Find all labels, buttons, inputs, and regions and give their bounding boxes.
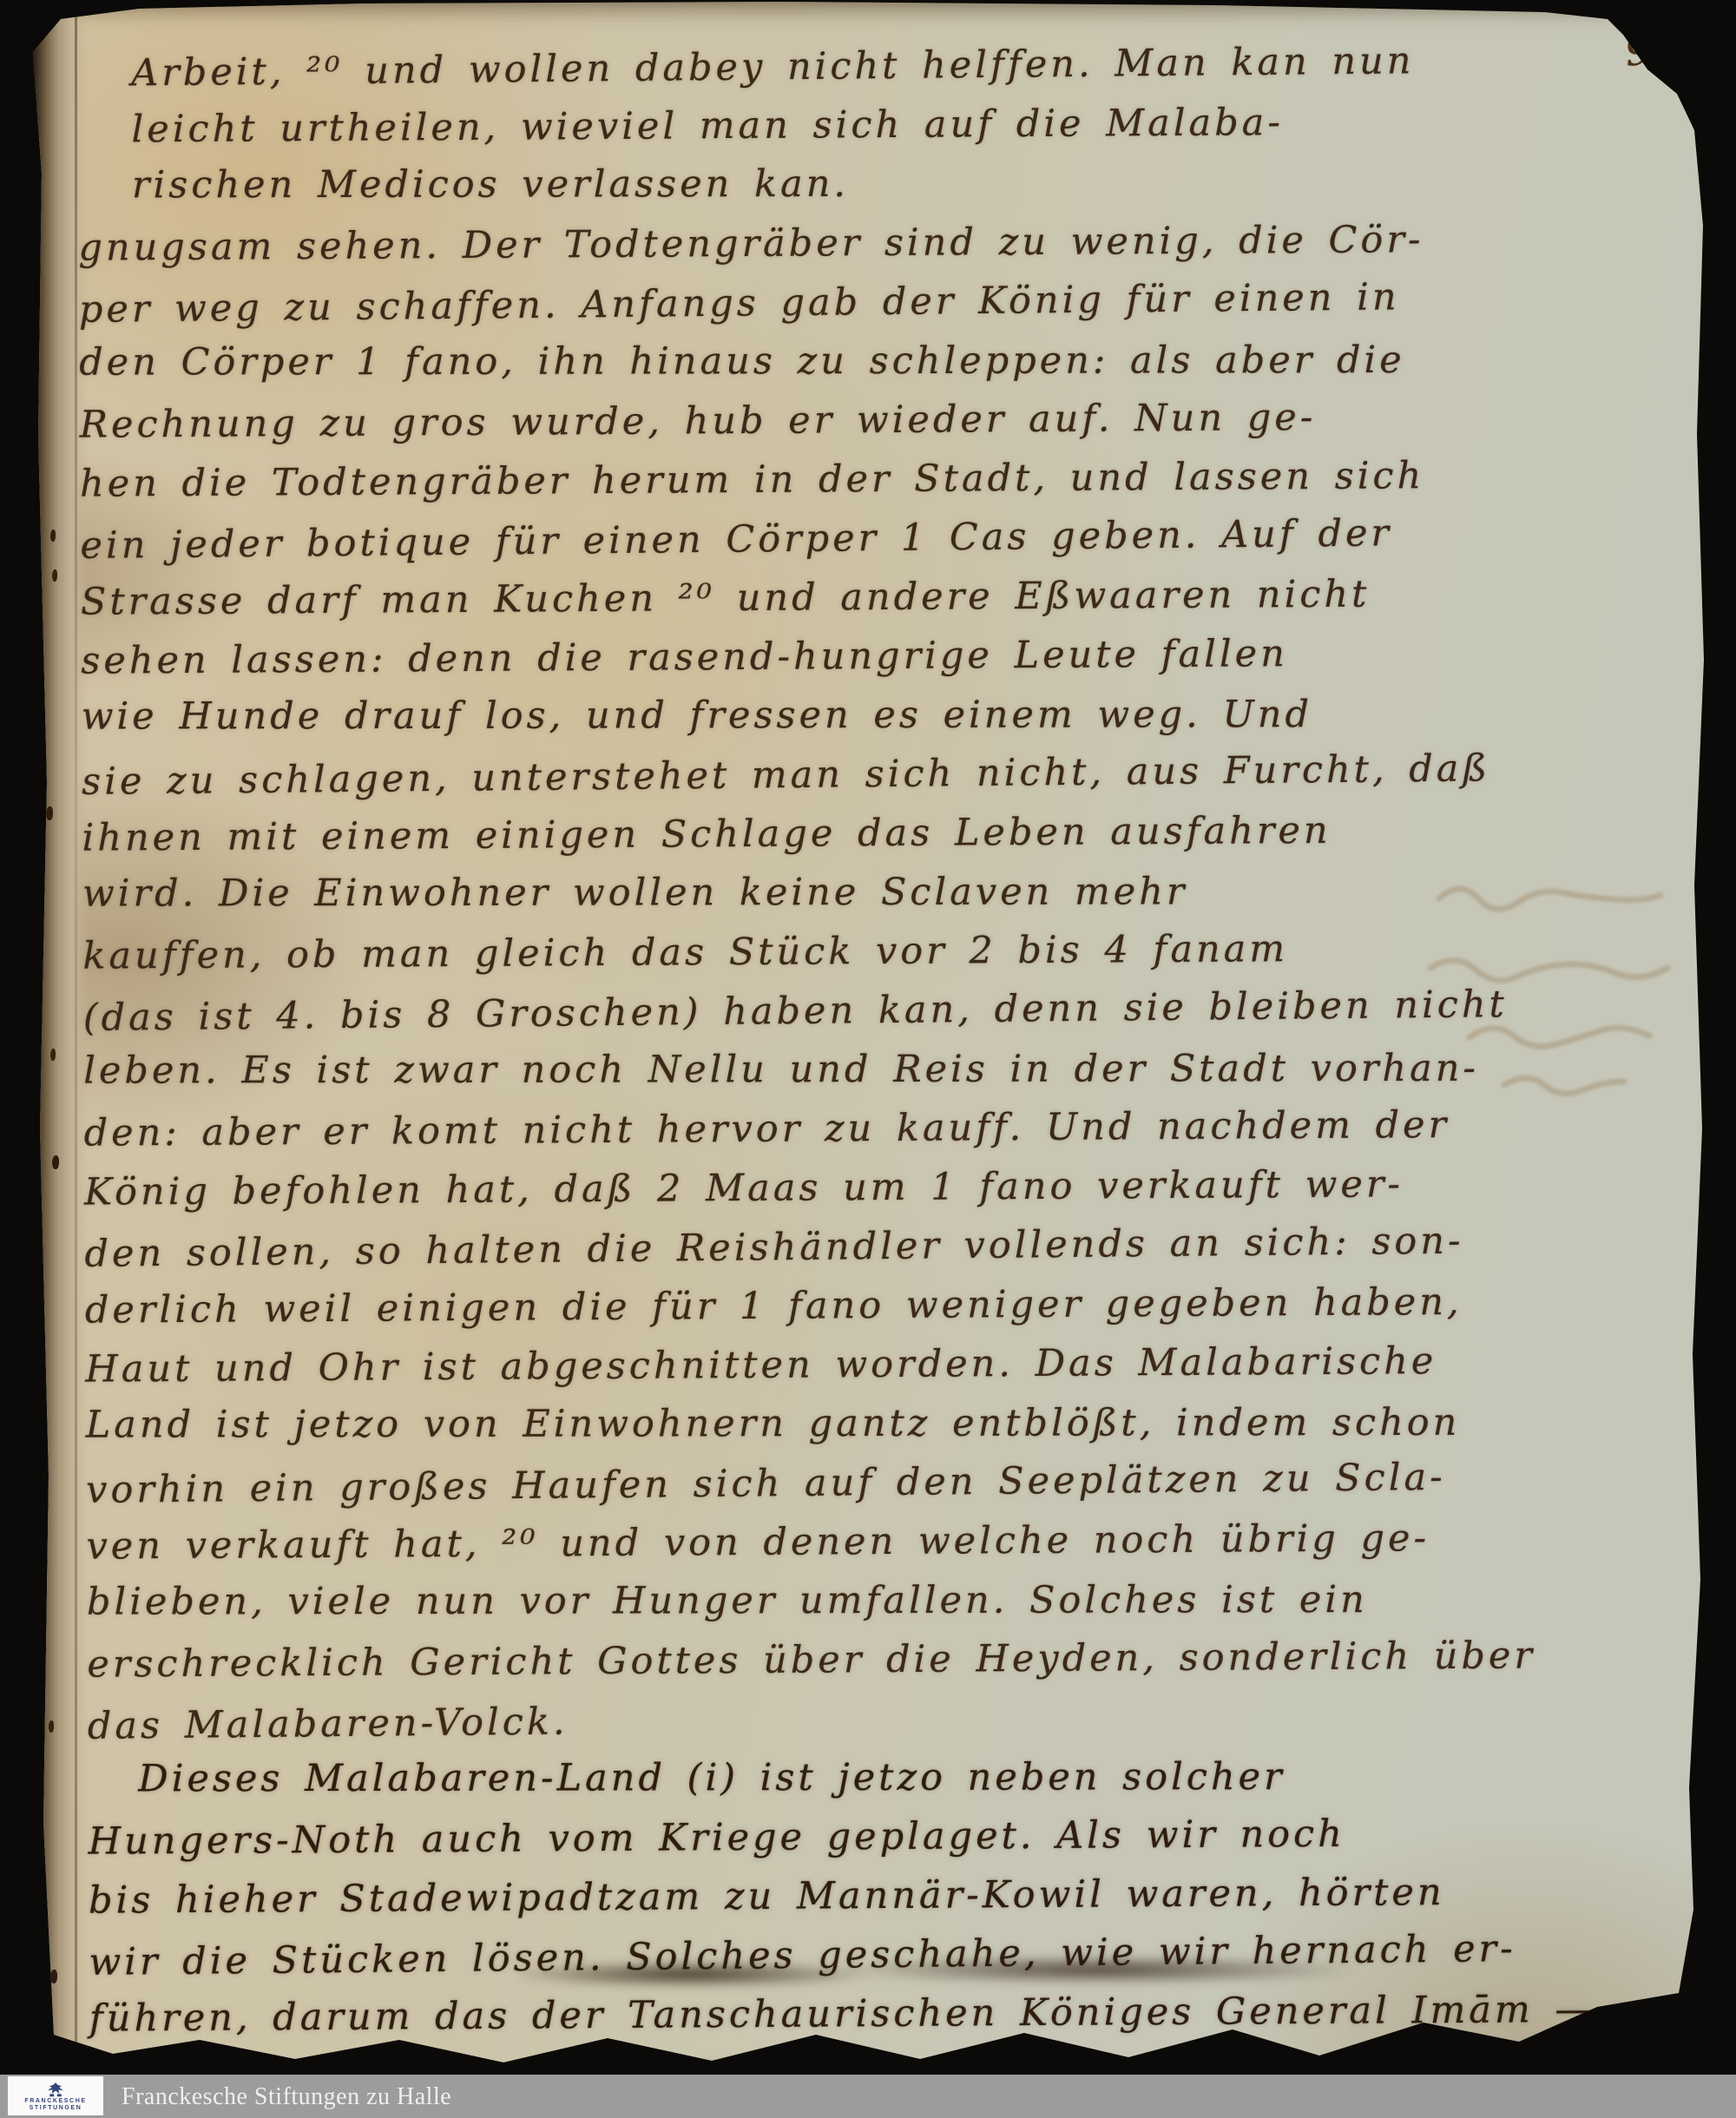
manuscript-line: per weg zu schaffen. Anfangs gab der Kön… xyxy=(79,265,1689,339)
manuscript-line: Haut und Ohr ist abgeschnitten worden. D… xyxy=(85,1330,1694,1398)
manuscript-line: das Malabaren-Volck. xyxy=(87,1681,1697,1756)
gutter-shadow-line xyxy=(75,9,77,2057)
foundation-emblem-icon xyxy=(46,2082,65,2097)
gutter-ink-specks xyxy=(50,529,56,542)
manuscript-line: rischen Medicos verlassen kan. xyxy=(132,153,1687,214)
archive-footer-bar: FRANCKESCHE STIFTUNGEN Franckesche Stift… xyxy=(0,2075,1736,2118)
logo-text-line1: FRANCKESCHE xyxy=(24,2098,86,2104)
archive-title: Franckesche Stiftungen zu Halle xyxy=(122,2075,451,2118)
manuscript-line: blieben, viele nun vor Hunger umfallen. … xyxy=(87,1569,1696,1631)
scan-viewport: 95. Arbeit, ²⁰ und wollen dabey nicht he… xyxy=(0,0,1736,2118)
manuscript-line: Rechnung zu gros wurde, hub er wieder au… xyxy=(79,385,1688,454)
manuscript-line: leicht urtheilen, wieviel man sich auf d… xyxy=(131,90,1687,159)
manuscript-line: ihnen mit einem einigen Schlage das Lebe… xyxy=(82,799,1691,867)
manuscript-line: wie Hunde drauf los, und fressen es eine… xyxy=(82,684,1691,746)
manuscript-line: Dieses Malabaren-Land (i) ist jetzo nebe… xyxy=(138,1746,1697,1808)
verso-ink-bleedthrough xyxy=(1422,864,1682,1124)
manuscript-line: den Cörper 1 fano, ihn hinaus zu schlepp… xyxy=(79,330,1688,391)
ink-smudge xyxy=(521,1950,1371,1995)
manuscript-page: 95. Arbeit, ²⁰ und wollen dabey nicht he… xyxy=(0,0,1736,2118)
manuscript-line: ven verkauft hat, ²⁰ und von denen welch… xyxy=(86,1507,1695,1575)
manuscript-line: sehen lassen: denn die rasend-hungrige L… xyxy=(81,622,1690,690)
franckesche-stiftungen-logo: FRANCKESCHE STIFTUNGEN xyxy=(8,2076,103,2115)
logo-text-line2: STIFTUNGEN xyxy=(30,2105,82,2111)
manuscript-line: Hungers-Noth auch vom Kriege geplaget. A… xyxy=(88,1802,1697,1871)
manuscript-line: Land ist jetzo von Einwohnern gantz entb… xyxy=(86,1392,1695,1454)
